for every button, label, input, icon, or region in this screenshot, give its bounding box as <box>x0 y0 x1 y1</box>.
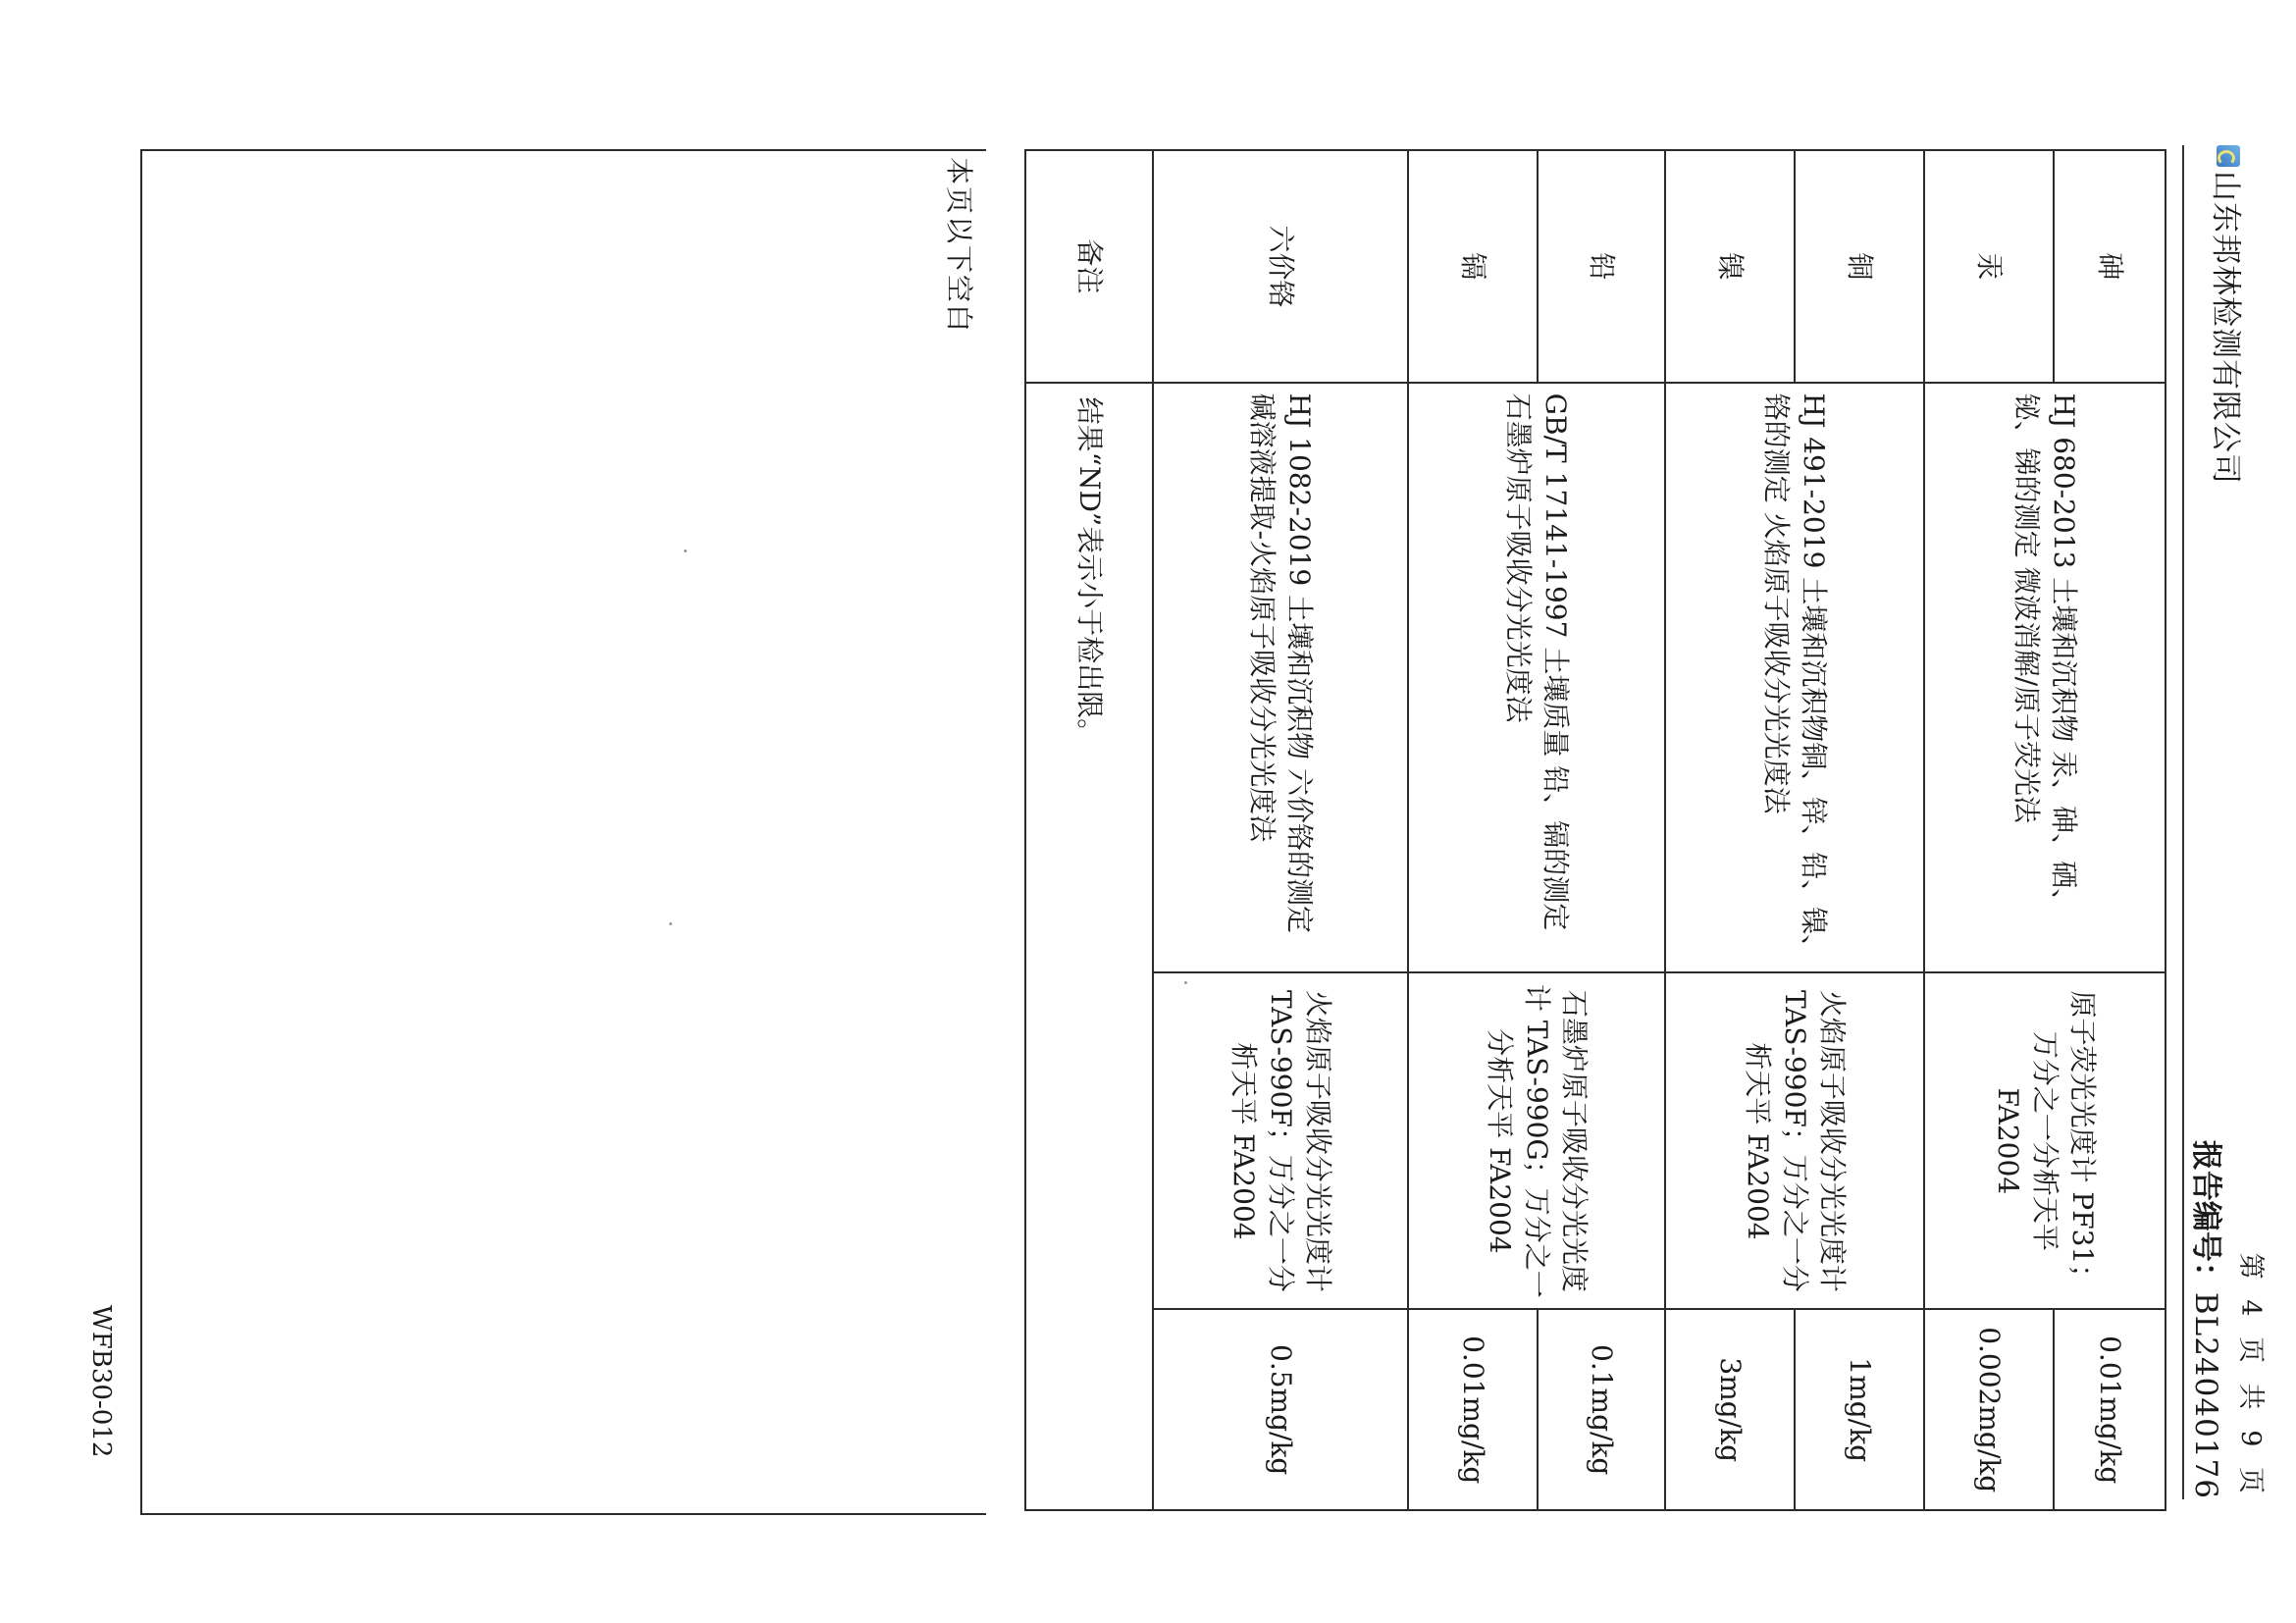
limit-cell: 3mg/kg <box>1665 1309 1795 1510</box>
element-cell: 六价铬 <box>1153 150 1408 383</box>
page-number: 第 4 页 共 9 页 <box>2234 1253 2272 1499</box>
scan-speck <box>1184 981 1187 984</box>
form-code: WFB30-012 <box>86 1305 116 1457</box>
element-cell: 镍 <box>1665 150 1795 383</box>
blank-notice: 本页以下空白 <box>941 157 980 334</box>
element-cell: 铅 <box>1538 150 1665 383</box>
method-cell: HJ 491-2019 土壤和沉积物铜、锌、铅、镍、铬的测定 火焰原子吸收分光光… <box>1665 383 1924 973</box>
blank-area: 本页以下空白 <box>140 149 986 1515</box>
instrument-cell: 火焰原子吸收分光光度计 TAS-990F；万分之一分析天平 FA2004 <box>1153 972 1408 1309</box>
table-row: 六价铬 HJ 1082-2019 土壤和沉积物 六价铬的测定 碱溶液提取-火焰原… <box>1153 150 1408 1510</box>
report-number-value: BL24040176 <box>2188 1292 2223 1499</box>
method-cell: HJ 1082-2019 土壤和沉积物 六价铬的测定 碱溶液提取-火焰原子吸收分… <box>1153 383 1408 973</box>
instrument-cell: 原子荧光光度计 PF31；万分之一分析天平 FA2004 <box>1924 972 2166 1309</box>
element-cell: 汞 <box>1924 150 2054 383</box>
method-cell: HJ 680-2013 土壤和沉积物 汞、砷、硒、铋、锑的测定 微波消解/原子荧… <box>1924 383 2166 973</box>
company-logo-icon <box>2218 145 2241 167</box>
instrument-cell: 石墨炉原子吸收分光光度计 TAS-990G；万分之一分析天平 FA2004 <box>1408 972 1665 1309</box>
limit-cell: 1mg/kg <box>1795 1309 1924 1510</box>
element-cell: 镉 <box>1408 150 1538 383</box>
header-rule <box>2182 145 2184 1499</box>
note-row: 备注 结果“ND”表示小于检出限。 <box>1025 150 1153 1510</box>
page-header: 山东邦林检测有限公司 第 4 页 共 9 页 报告编号：BL24040176 <box>2174 145 2272 1499</box>
element-cell: 砷 <box>2054 150 2166 383</box>
report-page: 山东邦林检测有限公司 第 4 页 共 9 页 报告编号：BL24040176 砷… <box>0 0 2296 1623</box>
table-row: 砷 HJ 680-2013 土壤和沉积物 汞、砷、硒、铋、锑的测定 微波消解/原… <box>2054 150 2166 1510</box>
instrument-cell: 火焰原子吸收分光光度计 TAS-990F；万分之一分析天平 FA2004 <box>1665 972 1924 1309</box>
element-cell: 铜 <box>1795 150 1924 383</box>
report-number-label: 报告编号： <box>2188 1140 2223 1292</box>
limit-cell: 0.002mg/kg <box>1924 1309 2054 1510</box>
table-row: 铅 GB/T 17141-1997 土壤质量 铅、镉的测定 石墨炉原子吸收分光光… <box>1538 150 1665 1510</box>
limit-cell: 0.01mg/kg <box>1408 1309 1538 1510</box>
method-table: 砷 HJ 680-2013 土壤和沉积物 汞、砷、硒、铋、锑的测定 微波消解/原… <box>1024 149 2166 1511</box>
limit-cell: 0.5mg/kg <box>1153 1309 1408 1510</box>
table-row: 铜 HJ 491-2019 土壤和沉积物铜、锌、铅、镍、铬的测定 火焰原子吸收分… <box>1795 150 1924 1510</box>
note-label: 备注 <box>1025 150 1153 383</box>
company-name: 山东邦林检测有限公司 <box>2207 145 2251 485</box>
limit-cell: 0.1mg/kg <box>1538 1309 1665 1510</box>
limit-cell: 0.01mg/kg <box>2054 1309 2166 1510</box>
method-cell: GB/T 17141-1997 土壤质量 铅、镉的测定 石墨炉原子吸收分光光度法 <box>1408 383 1665 973</box>
report-number: 报告编号：BL24040176 <box>2187 1140 2231 1499</box>
scan-speck <box>669 922 672 925</box>
company-name-text: 山东邦林检测有限公司 <box>2207 171 2251 485</box>
scan-speck <box>684 550 687 552</box>
note-text: 结果“ND”表示小于检出限。 <box>1025 383 1153 1510</box>
